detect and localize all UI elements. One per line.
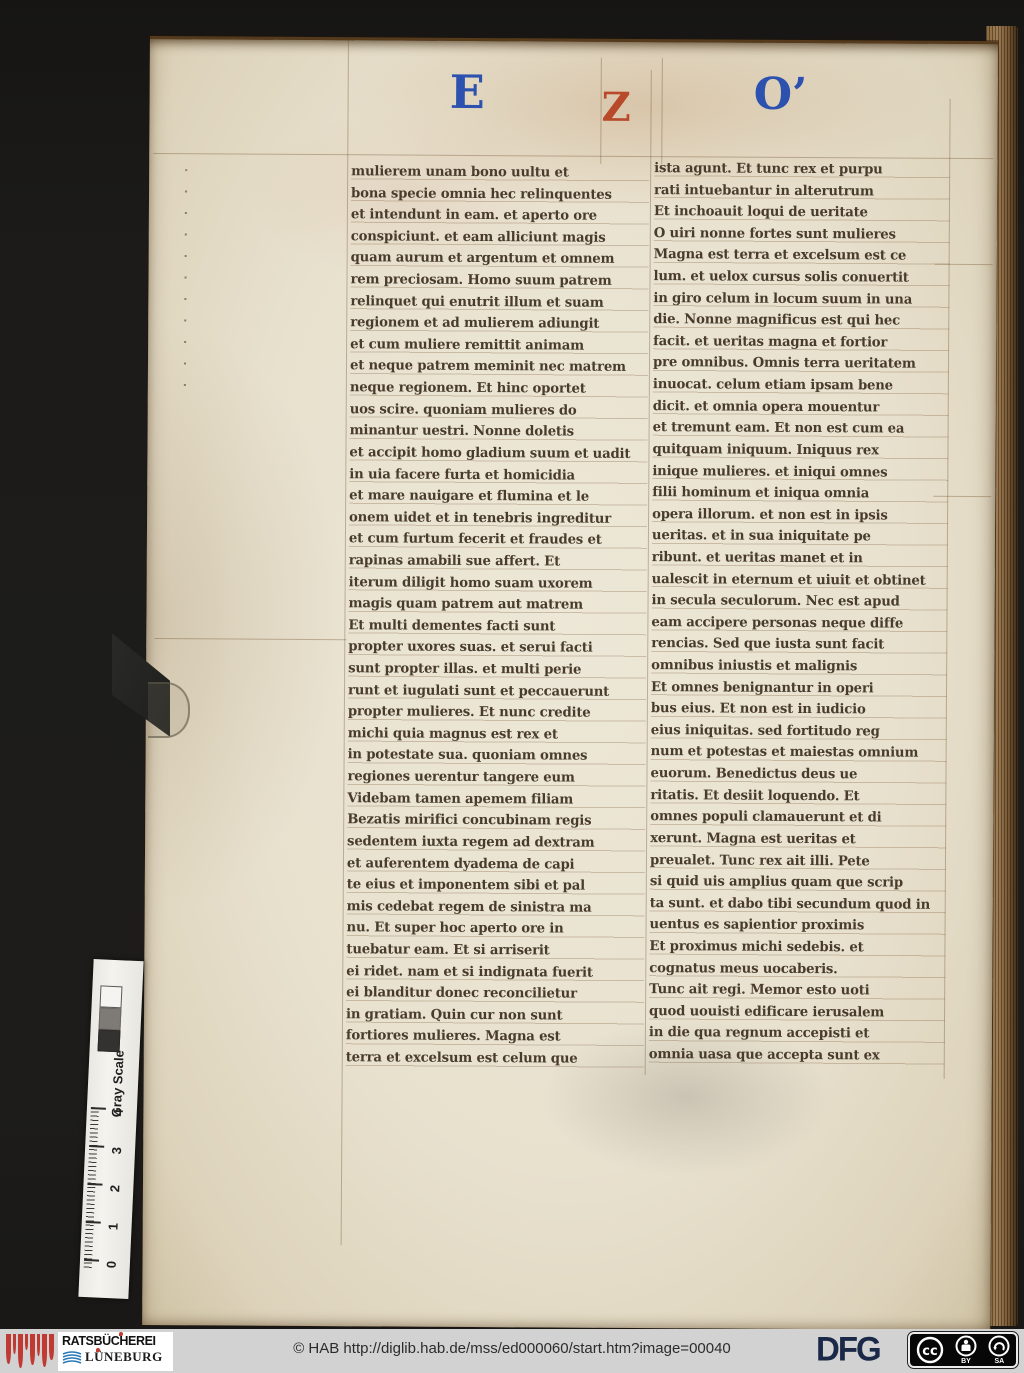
text-column-left: mulierem unam bono uultu etbona specie o… [346,161,650,1073]
running-title-letter-e: E [450,69,485,115]
manuscript-line: lum. et uelox cursus solis conuertit [653,266,943,289]
manuscript-line: cognatus meus uocaberis. [649,958,939,981]
manuscript-line: onem uidet et in tenebris ingreditur [349,507,641,530]
manuscript-line: ueritas. et in sua iniquitate pe [652,525,942,548]
manuscript-line: in potestate sua. quoniam omnes [348,745,640,768]
manuscript-line: quitquam iniquum. Iniquus rex [652,439,942,462]
manuscript-line: propter mulieres. Et nunc credite [348,701,640,724]
manuscript-line: neque regionem. Et hinc oportet [350,377,642,400]
running-title-letter-z: Z [601,88,630,128]
manuscript-line: rapinas amabili sue affert. Et [349,550,641,573]
manuscript-line: num et potestas et maiestas omnium [651,742,941,765]
ruling-line-title-guide-2 [661,58,663,164]
manuscript-line: et tremunt eam. Et non est cum ea [653,417,943,440]
logo-red-accent [119,1332,123,1336]
manuscript-line: xerunt. Magna est ueritas et [650,828,940,851]
manuscript-line: Videbam tamen apemem filiam [347,788,639,811]
ruling-line-top [153,153,993,159]
pricking-dots [184,169,187,399]
manuscript-line: preualet. Tunc rex ait illi. Pete [650,850,940,873]
text-column-right: ista agunt. Et tunc rex et purpurati int… [649,158,951,1070]
footer-bar: RATSBÜCHEREI LÜNEBURG © HAB http://digli… [0,1329,1024,1373]
manuscript-line: euorum. Benedictus deus ue [650,763,940,786]
manuscript-line: ualescit in eternum et uiuit et obtinet [652,569,942,592]
dfg-logo: DFG [816,1329,880,1369]
manuscript-line: conspiciunt. et eam alliciunt magis [351,226,643,249]
manuscript-line: Tunc ait regi. Memor esto uoti [649,979,939,1002]
manuscript-line: terra et excelsum est celum que [346,1047,638,1070]
manuscript-line: filii hominum et iniqua omnia [652,482,942,505]
grayscale-patch-white [100,985,123,1008]
manuscript-line: ei ridet. nam et si indignata fuerit [346,961,638,984]
manuscript-line: eius iniquitas. sed fortitudo reg [651,720,941,743]
manuscript-line: Et proximus michi sedebis. et [649,936,939,959]
manuscript-line: in secula seculorum. Nec est apud [651,590,941,613]
ruler-numbers: 43210 [103,1098,127,1279]
manuscript-line: et mare nauigare et flumina et le [349,485,641,508]
manuscript-line: Et omnes benignantur in operi [651,677,941,700]
manuscript-line: et accipit homo gladium suum et uadit [349,442,641,465]
manuscript-line: ta sunt. et dabo tibi secundum quod in [650,893,940,916]
manuscript-line: Bezatis mirifici concubinam regis [347,810,639,833]
ruler-number: 1 [105,1216,120,1231]
manuscript-line: ei blanditur donec reconcilietur [346,982,638,1005]
grayscale-ruler: Gray Scale 43210 [78,959,143,1299]
manuscript-line: ista agunt. Et tunc rex et purpu [654,158,944,181]
manuscript-line: et cum furtum fecerit et fraudes et [349,529,641,552]
manuscript-line: minantur uestri. Nonne doletis [350,421,642,444]
cc-sa-label: SA [994,1358,1004,1365]
manuscript-line: omnibus iniustis et malignis [651,655,941,678]
manuscript-line: mis cedebat regem de sinistra ma [347,896,639,919]
manuscript-line: sunt propter illas. et multi perie [348,658,640,681]
svg-text:cc: cc [922,1344,937,1359]
manuscript-line: O uiri nonne fortes sunt mulieres [654,223,944,246]
manuscript-line: relinquet qui enutrit illum et suam [350,291,642,314]
manuscript-line: ribunt. et ueritas manet et in [652,547,942,570]
cc-by-label: BY [961,1358,971,1365]
ruler-number: 3 [109,1140,124,1155]
manuscript-line: mulierem unam bono uultu et [351,161,643,184]
manuscript-line: omnes populi clamauerunt et di [650,806,940,829]
manuscript-line: si quid uis amplius quam que scrip [650,871,940,894]
manuscript-line: te eius et imponentem sibi et pal [347,874,639,897]
manuscript-line: regiones uerentur tangere eum [347,766,639,789]
grayscale-patches [98,985,123,1052]
manuscript-line: uentus es sapientior proximis [650,914,940,937]
manuscript-line: inique mulieres. et iniqui omnes [652,461,942,484]
manuscript-line: propter uxores suas. et serui facti [348,637,640,660]
grayscale-patch-black [98,1029,121,1052]
manuscript-page: E Z O’ mulierem unam bono uultu etbona s… [142,36,998,1330]
manuscript-line: ritatis. Et desiit loquendo. Et [650,785,940,808]
manuscript-line: sedentem iuxta regem ad dextram [347,831,639,854]
manuscript-line: rencias. Sed que iusta sunt facit [651,633,941,656]
manuscript-line: die. Nonne magnificus est qui hec [653,309,943,332]
ruler-number: 2 [107,1178,122,1193]
digitized-manuscript-viewer: E Z O’ mulierem unam bono uultu etbona s… [0,0,1024,1373]
manuscript-line: in gratiam. Quin cur non sunt [346,1004,638,1027]
manuscript-line: inuocat. celum etiam ipsam bene [653,374,943,397]
manuscript-line: michi quia magnus est rex et [348,723,640,746]
manuscript-line: et intendunt in eam. et aperto ore [351,204,643,227]
manuscript-line: et auferentem dyadema de capi [347,853,639,876]
manuscript-line: eam accipere personas neque diffe [651,612,941,635]
manuscript-line: Et multi dementes facti sunt [348,615,640,638]
cc-by-icon: BY [955,1335,977,1365]
running-title-letter-o: O’ [754,73,808,117]
manuscript-line: rati intuebantur in alterutrum [654,180,944,203]
cc-logo-icon: cc [916,1336,944,1364]
cc-sa-icon: SA [988,1335,1010,1365]
manuscript-line: bus eius. Et non est in iudicio [651,698,941,721]
manuscript-line: quam aurum et argentum et omnem [351,248,643,271]
manuscript-line: runt et iugulati sunt et peccauerunt [348,680,640,703]
ruling-line-left-margin [154,638,346,640]
ruler-number: 0 [104,1254,119,1269]
manuscript-line: pre omnibus. Omnis terra ueritatem [653,353,943,376]
manuscript-line: fortiores mulieres. Magna est [346,1026,638,1049]
manuscript-line: iterum diligit homo suam uxorem [349,572,641,595]
manuscript-line: quod uouisti edificare ierusalem [649,1001,939,1024]
grayscale-patch-gray [99,1007,122,1030]
manuscript-line: dicit. et omnia opera mouentur [653,396,943,419]
manuscript-line: in uia facere furta et homicidia [349,464,641,487]
manuscript-line: rem preciosam. Homo suum patrem [350,269,642,292]
manuscript-line: nu. Et super hoc aperto ore in [346,918,638,941]
manuscript-line: regionem et ad mulierem adiungit [350,312,642,335]
manuscript-line: opera illorum. et non est in ipsis [652,504,942,527]
manuscript-line: omnia uasa que accepta sunt ex [649,1044,939,1067]
manuscript-line: uos scire. quoniam mulieres do [350,399,642,422]
manuscript-line: facit. et ueritas magna et fortior [653,331,943,354]
manuscript-line: Magna est terra et excelsum est ce [654,245,944,268]
manuscript-line: in giro celum in locum suum in una [653,288,943,311]
cc-license-badge: cc BY SA [908,1332,1018,1368]
manuscript-line: et cum muliere remittit animam [350,334,642,357]
manuscript-line: magis quam patrem aut matrem [348,593,640,616]
manuscript-line: Et inchoauit loqui de ueritate [654,201,944,224]
ruler-number: 4 [111,1102,126,1117]
manuscript-line: in die qua regnum accepisti et [649,1022,939,1045]
manuscript-line: bona specie omnia hec relinquentes [351,183,643,206]
manuscript-line: et neque patrem meminit nec matrem [350,356,642,379]
ruler-minor-ticks [84,1107,99,1269]
manuscript-line: tuebatur eam. Et si arriserit [346,939,638,962]
